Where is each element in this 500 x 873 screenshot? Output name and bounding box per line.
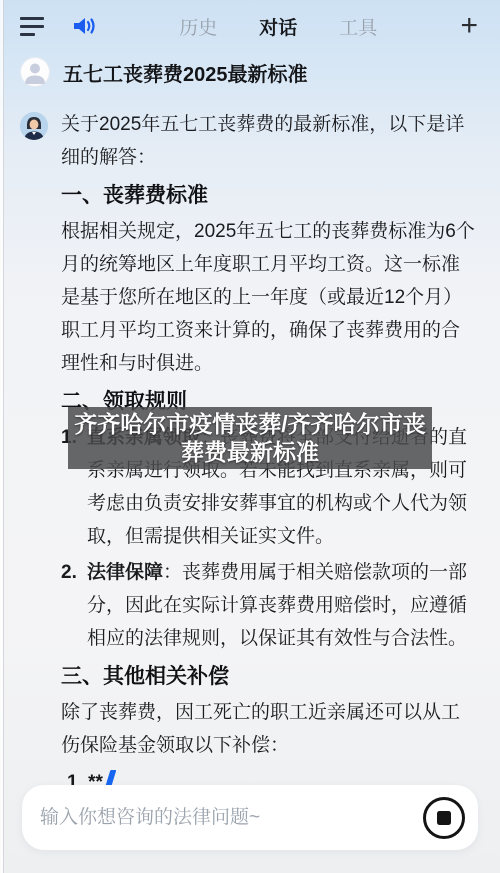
user-message: 五七工丧葬费2025最新标准 — [20, 57, 486, 87]
section1-heading: 一、丧葬费标准 — [61, 180, 475, 212]
user-message-title: 五七工丧葬费2025最新标准 — [63, 58, 308, 87]
section3-heading: 三、其他相关补偿 — [61, 661, 475, 693]
question-input[interactable] — [40, 807, 423, 829]
user-avatar — [20, 57, 50, 87]
caption-line2: 葬费最新标准 — [70, 438, 430, 466]
caption-overlay: 齐齐哈尔市疫情丧葬/齐齐哈尔市丧 葬费最新标准 — [68, 407, 432, 469]
list-item-label: 法律保障 — [87, 562, 163, 583]
tab-bar: 历史 对话 工具 — [106, 13, 450, 40]
top-bar: 历史 对话 工具 + — [0, 0, 500, 52]
list-item-number: 2. — [61, 556, 77, 589]
assistant-avatar — [20, 112, 48, 140]
message-composer — [22, 785, 478, 850]
app-screen: 历史 对话 工具 + 五七工丧葬费2025最新标准 关于2025年 — [0, 0, 500, 873]
speaker-icon[interactable] — [72, 14, 98, 38]
stop-square-icon — [437, 811, 451, 825]
left-page-edge — [0, 0, 4, 873]
new-chat-icon[interactable]: + — [460, 13, 478, 39]
section1-paragraph: 根据相关规定，2025年五七工的丧葬费标准为6个月的统筹地区上年度职工月平均工资… — [61, 215, 475, 380]
caption-line1: 齐齐哈尔市疫情丧葬/齐齐哈尔市丧 — [70, 410, 430, 438]
list-item: 2.法律保障：丧葬费用属于相关赔偿款项的一部分，因此在实际计算丧葬费用赔偿时，应… — [61, 556, 475, 655]
tab-tools[interactable]: 工具 — [339, 13, 377, 40]
tab-history[interactable]: 历史 — [179, 13, 217, 40]
menu-icon[interactable] — [20, 17, 44, 36]
tab-dialogue[interactable]: 对话 — [259, 13, 297, 40]
stop-generation-button[interactable] — [423, 797, 465, 839]
intro-paragraph: 关于2025年五七工丧葬费的最新标准，以下是详细的解答： — [61, 108, 475, 174]
section3-paragraph: 除了丧葬费，因工死亡的职工近亲属还可以从工伤保险基金领取以下补偿： — [61, 696, 475, 762]
